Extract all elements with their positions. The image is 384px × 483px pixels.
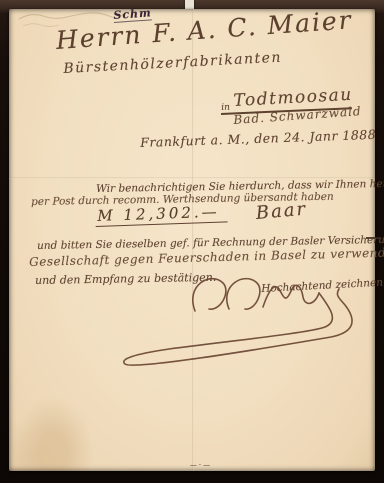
printers-mark: —·— xyxy=(177,461,225,469)
letter-paper: Schm Herrn F. A. C. Maier Bürstenhölzerf… xyxy=(9,9,375,471)
photo-mat: Schm Herrn F. A. C. Maier Bürstenhölzerf… xyxy=(0,0,384,483)
signature-flourish xyxy=(9,9,375,471)
